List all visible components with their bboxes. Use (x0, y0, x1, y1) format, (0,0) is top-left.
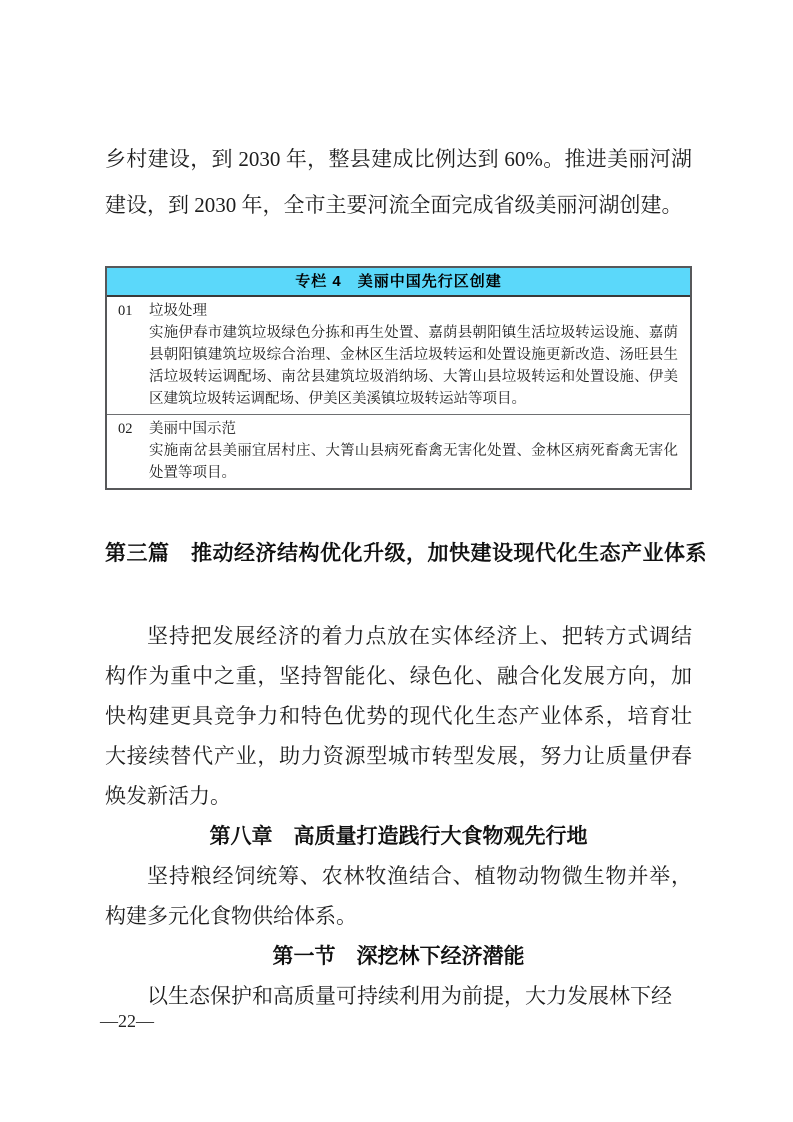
panel-item-content: 垃圾处理 实施伊春市建筑垃圾绿色分拣和再生处置、嘉荫县朝阳镇生活垃圾转运设施、嘉… (149, 300, 690, 410)
panel-item-number: 02 (107, 418, 149, 484)
document-page: 乡村建设，到 2030 年，整县建成比例达到 60%。推进美丽河湖建设，到 20… (0, 0, 793, 1122)
intro-paragraph: 乡村建设，到 2030 年，整县建成比例达到 60%。推进美丽河湖建设，到 20… (105, 136, 692, 228)
panel-item-02: 02 美丽中国示范 实施南岔县美丽宜居村庄、大箐山县病死畜禽无害化处置、金林区病… (107, 414, 690, 488)
panel-item-title: 垃圾处理 (149, 300, 678, 322)
feature-panel: 专栏 4 美丽中国先行区创建 01 垃圾处理 实施伊春市建筑垃圾绿色分拣和再生处… (105, 266, 692, 490)
chapter-heading: 第八章 高质量打造践行大食物观先行地 (105, 816, 692, 856)
panel-item-title: 美丽中国示范 (149, 418, 678, 440)
chapter-paragraph: 坚持粮经饲统筹、农林牧渔结合、植物动物微生物并举，构建多元化食物供给体系。 (105, 856, 692, 936)
panel-item-body: 实施伊春市建筑垃圾绿色分拣和再生处置、嘉荫县朝阳镇生活垃圾转运设施、嘉荫县朝阳镇… (149, 322, 678, 410)
part-heading: 第三篇 推动经济结构优化升级，加快建设现代化生态产业体系 (105, 536, 692, 572)
panel-title: 专栏 4 美丽中国先行区创建 (107, 268, 690, 297)
panel-item-number: 01 (107, 300, 149, 410)
panel-item-body: 实施南岔县美丽宜居村庄、大箐山县病死畜禽无害化处置、金林区病死畜禽无害化处置等项… (149, 440, 678, 484)
panel-item-content: 美丽中国示范 实施南岔县美丽宜居村庄、大箐山县病死畜禽无害化处置、金林区病死畜禽… (149, 418, 690, 484)
page-number: —22— (100, 1008, 154, 1034)
section-paragraph: 以生态保护和高质量可持续利用为前提，大力发展林下经 (105, 976, 692, 1016)
part-paragraph: 坚持把发展经济的着力点放在实体经济上、把转方式调结构作为重中之重，坚持智能化、绿… (105, 616, 692, 816)
panel-item-01: 01 垃圾处理 实施伊春市建筑垃圾绿色分拣和再生处置、嘉荫县朝阳镇生活垃圾转运设… (107, 297, 690, 414)
section-heading: 第一节 深挖林下经济潜能 (105, 936, 692, 976)
